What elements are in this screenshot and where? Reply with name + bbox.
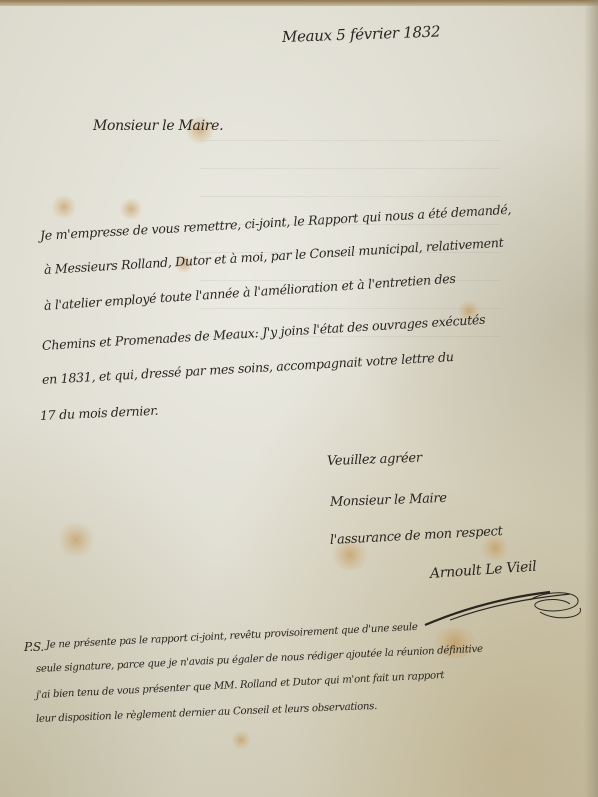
salutation: Monsieur le Maire. (93, 118, 223, 134)
stain-spot (232, 730, 250, 750)
paper-right-edge (584, 0, 598, 797)
postscript-line: Je ne présente pas le rapport ci-joint, … (46, 622, 418, 651)
body-line: en 1831, et qui, dressé par mes soins, a… (42, 349, 454, 387)
closing-line: l'assurance de mon respect (330, 524, 503, 548)
postscript-line: seule signature, parce que je n'avais pu… (36, 644, 483, 675)
place-date: Meaux 5 février 1832 (282, 22, 441, 46)
body-line: 17 du mois dernier. (40, 403, 159, 423)
postscript-line: leur disposition le règlement dernier au… (36, 701, 377, 725)
closing-line: Monsieur le Maire (330, 491, 447, 510)
closing-line: Veuillez agréer (327, 451, 422, 469)
stain-spot (52, 195, 76, 219)
signature-flourish-icon (420, 570, 590, 630)
postscript-line: j'ai bien tenu de vous présenter que MM.… (36, 670, 445, 701)
paper-top-edge (0, 0, 598, 6)
stain-spot (120, 198, 142, 220)
postscript-label: P.S. (24, 640, 44, 654)
letter-page: Meaux 5 février 1832 Monsieur le Maire. … (0, 0, 598, 797)
stain-spot (58, 522, 94, 558)
